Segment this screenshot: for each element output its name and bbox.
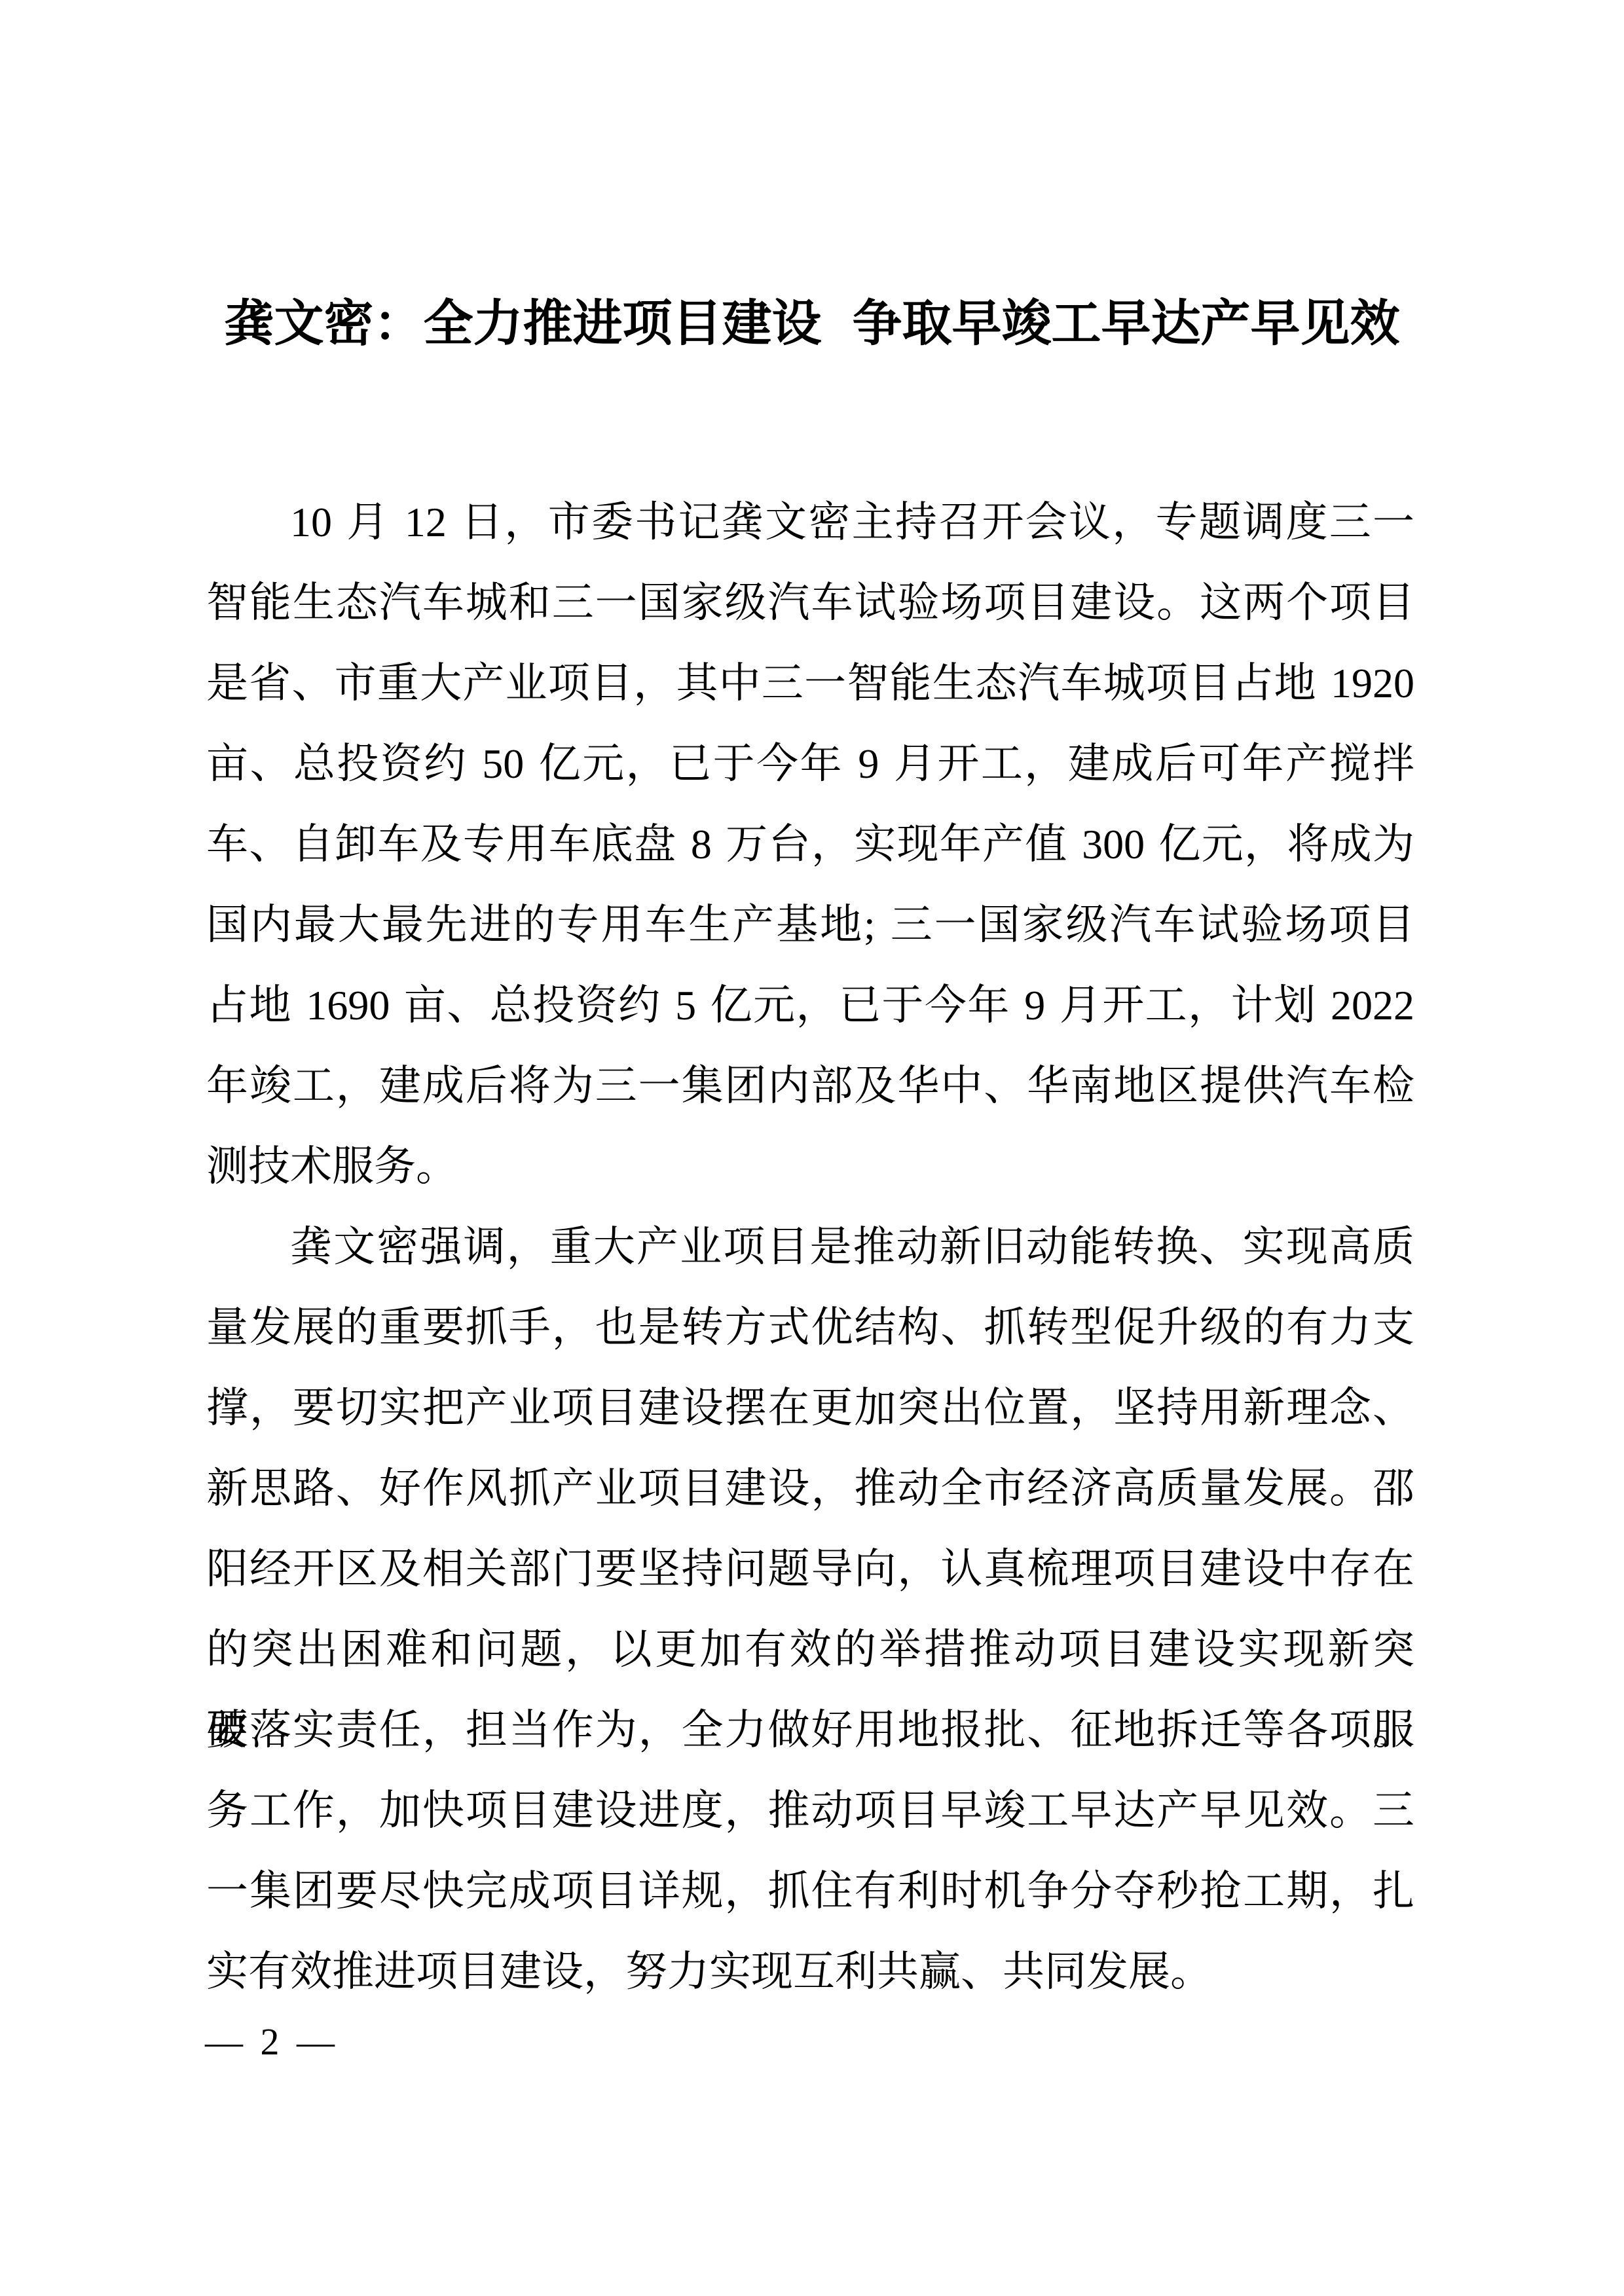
- document-body: 10 月 12 日，市委书记龚文密主持召开会议，专题调度三一智能生态汽车城和三一…: [206, 482, 1414, 2012]
- body-line: 智能生态汽车城和三一国家级汽车试验场项目建设。这两个项目: [206, 562, 1414, 643]
- document-title: 龚文密：全力推进项目建设 争取早竣工早达产早见效: [0, 298, 1624, 350]
- body-line: 一集团要尽快完成项目详规，抓住有利时机争分夺秒抢工期，扎: [206, 1851, 1414, 1931]
- body-line: 新思路、好作风抓产业项目建设，推动全市经济高质量发展。邵: [206, 1448, 1414, 1529]
- document-page: 龚文密：全力推进项目建设 争取早竣工早达产早见效 10 月 12 日，市委书记龚…: [0, 0, 1624, 2296]
- body-line: 要落实责任，担当作为，全力做好用地报批、征地拆迁等各项服: [206, 1690, 1414, 1770]
- body-line: 阳经开区及相关部门要坚持问题导向，认真梳理项目建设中存在: [206, 1529, 1414, 1609]
- body-line: 的突出困难和问题，以更加有效的举措推动项目建设实现新突破。: [206, 1609, 1414, 1690]
- body-line: 量发展的重要抓手，也是转方式优结构、抓转型促升级的有力支: [206, 1287, 1414, 1368]
- body-line: 撑，要切实把产业项目建设摆在更加突出位置，坚持用新理念、: [206, 1368, 1414, 1448]
- body-line: 务工作，加快项目建设进度，推动项目早竣工早达产早见效。三: [206, 1770, 1414, 1851]
- body-line: 占地 1690 亩、总投资约 5 亿元，已于今年 9 月开工，计划 2022: [206, 965, 1414, 1046]
- body-line: 实有效推进项目建设，努力实现互利共赢、共同发展。: [206, 1931, 1414, 2012]
- body-line: 国内最大最先进的专用车生产基地; 三一国家级汽车试验场项目: [206, 884, 1414, 965]
- body-line: 是省、市重大产业项目，其中三一智能生态汽车城项目占地 1920: [206, 643, 1414, 723]
- body-line: 龚文密强调，重大产业项目是推动新旧动能转换、实现高质: [206, 1207, 1414, 1287]
- page-number: — 2 —: [205, 2020, 339, 2064]
- body-line: 车、自卸车及专用车底盘 8 万台，实现年产值 300 亿元，将成为: [206, 804, 1414, 884]
- body-line: 10 月 12 日，市委书记龚文密主持召开会议，专题调度三一: [206, 482, 1414, 562]
- body-line: 测技术服务。: [206, 1126, 1414, 1207]
- body-line: 年竣工，建成后将为三一集团内部及华中、华南地区提供汽车检: [206, 1046, 1414, 1126]
- body-line: 亩、总投资约 50 亿元，已于今年 9 月开工，建成后可年产搅拌: [206, 723, 1414, 804]
